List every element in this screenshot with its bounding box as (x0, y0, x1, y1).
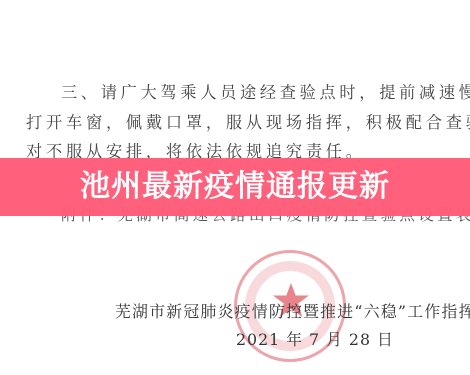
title-banner: 池州最新疫情通报更新 (0, 158, 470, 216)
signature-issuer: 芜湖市新冠肺炎疫情防控暨推进“六稳”工作指挥部 (115, 299, 470, 322)
banner-title: 池州最新疫情通报更新 (0, 158, 470, 216)
paragraph-line-2: 打开车窗，佩戴口罩，服从现场指挥，积极配合查验工作。 (26, 113, 470, 133)
paragraph-line-1: 三、请广大驾乘人员途经查验点时，提前减速慢行， (61, 83, 470, 103)
document-page: 三、请广大驾乘人员途经查验点时，提前减速慢行， 打开车窗，佩戴口罩，服从现场指挥… (0, 0, 470, 375)
signature-date: 2021 年 7 月 28 日 (236, 327, 394, 350)
